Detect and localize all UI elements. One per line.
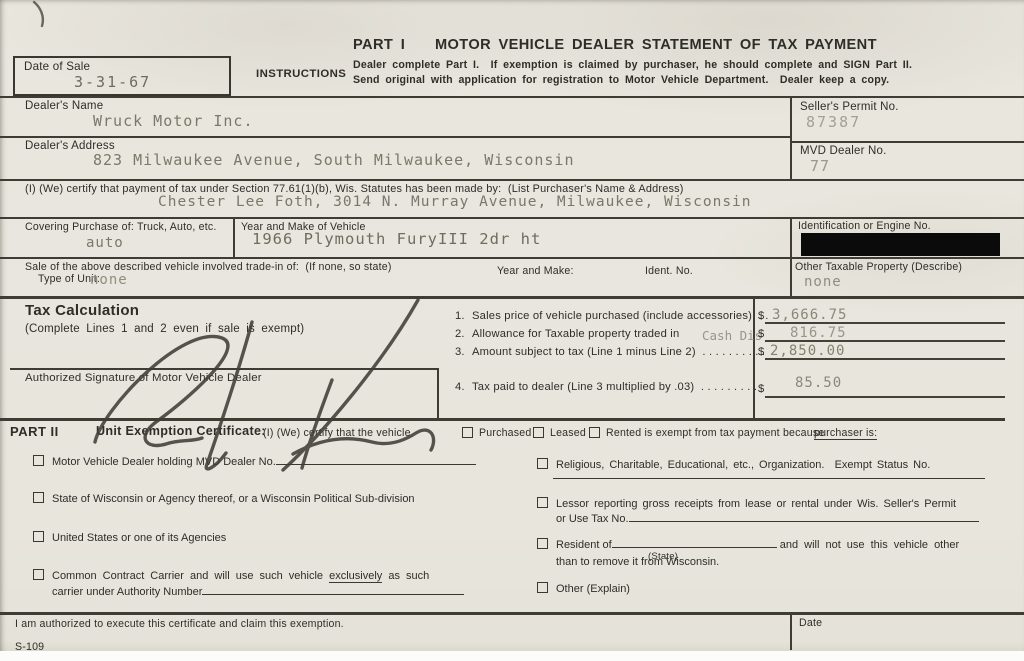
sellers-permit-value: 87387 [806,113,861,131]
purchaser-name-address-value: Chester Lee Foth, 3014 N. Murray Avenue,… [158,194,752,210]
religious-org-checkbox [537,458,548,469]
tax-line-2-label: Allowance for Taxable property traded in [472,328,679,340]
tax-line-3-currency: $ [758,346,764,358]
purchaser-is-underlined: purchaser is: [814,427,877,440]
part2-option-lessor-line2: or Use Tax No. [556,511,996,525]
authorized-signature-label: Authorized Signature of Motor Vehicle De… [25,372,262,384]
trade-ident-label: Ident. No. [645,265,693,277]
exclusively-underlined: exclusively [329,570,382,583]
tax-calculation-subtitle: (Complete Lines 1 and 2 even if sale is … [25,323,304,335]
tax-line-2-num: 2. [455,328,465,340]
exempt-status-blank [553,478,985,479]
tax-line-1-num: 1. [455,310,465,322]
tax-calculation-title: Tax Calculation [25,302,139,319]
pen-mark [24,0,54,28]
trade-year-make-label: Year and Make: [497,265,574,277]
part2-subtitle: Unit Exemption Certificate: [96,424,266,438]
scan-edge [0,651,1024,661]
state-of-wisconsin-checkbox [33,492,44,503]
tax-line-2-currency: $ [758,328,764,340]
rented-checkbox [589,427,600,438]
part1-title: PART I MOTOR VEHICLE DEALER STATEMENT OF… [353,37,877,53]
scanned-tax-form: Date of Sale 3-31-67 INSTRUCTIONS PART I… [0,0,1024,661]
other-taxable-value: none [804,274,842,290]
other-explain-checkbox [537,582,548,593]
part2-option-united-states: United States or one of its Agencies [33,531,503,544]
year-make-value: 1966 Plymouth FuryIII 2dr ht [252,230,541,248]
part2-option-resident: Resident of and will not use this vehicl… [537,537,1002,551]
part2-option-other: Other (Explain) [537,582,977,595]
leased-checkbox [533,427,544,438]
mvd-dealer-value: 77 [810,157,830,175]
tax-line-1-currency: $ [758,310,764,322]
tax-line-3-num: 3. [455,346,465,358]
dealer-name-value: Wruck Motor Inc. [93,112,254,130]
redacted-vin [801,233,1000,256]
common-carrier-checkbox [33,569,44,580]
covering-purchase-label: Covering Purchase of: Truck, Auto, etc. [25,221,217,233]
footer-date-label: Date [799,617,822,629]
tax-line-4-value: 85.50 [795,375,842,391]
leased-checkbox-label: Leased [550,427,586,439]
tax-line-4-currency: $ [758,383,764,395]
instruction-line-2: Send original with application for regis… [353,74,889,86]
tax-line-2-typed-note: Cash Dis [702,328,762,343]
tax-line-3-value: 2,850.00 [770,343,845,359]
mvd-dealer-number-blank [276,454,476,465]
part2-option-state-of-wisconsin: State of Wisconsin or Agency thereof, or… [33,492,503,505]
tax-line-2-value: 816.75 [790,325,847,341]
tax-line-4-num: 4. [455,381,465,393]
date-of-sale-label: Date of Sale [24,60,90,73]
sellers-permit-label: Seller's Permit No. [800,101,899,113]
authorization-statement: I am authorized to execute this certific… [15,618,344,630]
part2-option-resident-line2: than to remove it from Wisconsin. [556,556,996,568]
part2-option-mvd-dealer: Motor Vehicle Dealer holding MVD Dealer … [33,454,493,468]
part2-option-lessor: Lessor reporting gross receipts from lea… [537,497,1002,510]
type-of-unit-value: none [90,272,128,288]
authority-number-blank [202,584,464,595]
instruction-line-1: Dealer complete Part I. If exemption is … [353,59,912,71]
use-tax-number-blank [629,511,979,522]
date-of-sale-value: 3-31-67 [74,73,151,91]
part2-option-religious: Religious, Charitable, Educational, etc.… [537,458,997,471]
dealer-address-value: 823 Milwaukee Avenue, South Milwaukee, W… [93,151,574,169]
part2-certify-text: (I) (We) certify that the vehicle [263,427,411,439]
part2-option-common-carrier: Common Contract Carrier and will use suc… [33,569,488,582]
dealer-name-label: Dealer's Name [25,100,103,112]
tax-line-1-value: 3,666.75 [772,307,847,323]
instructions-label: INSTRUCTIONS [256,68,346,80]
purchased-checkbox [462,427,473,438]
other-taxable-label: Other Taxable Property (Describe) [795,261,962,273]
covering-purchase-value: auto [86,235,124,251]
rented-checkbox-label: Rented is exempt from tax payment becaus… [606,427,824,439]
mvd-dealer-label: MVD Dealer No. [800,145,887,157]
purchased-checkbox-label: Purchased [479,427,531,439]
lessor-checkbox [537,497,548,508]
united-states-checkbox [33,531,44,542]
tax-line-4-label: Tax paid to dealer (Line 3 multiplied by… [472,381,757,393]
tax-line-3-label: Amount subject to tax (Line 1 minus Line… [472,346,765,358]
part2-title: PART II [10,424,59,439]
tax-line-1-label: Sales price of vehicle purchased (includ… [472,310,769,322]
resident-checkbox [537,538,548,549]
part2-option-common-carrier-line2: carrier under Authority Number [52,584,492,598]
mvd-dealer-checkbox [33,455,44,466]
id-engine-label: Identification or Engine No. [798,220,931,232]
trade-in-label: Sale of the above described vehicle invo… [25,261,392,273]
resident-state-blank [612,537,777,548]
